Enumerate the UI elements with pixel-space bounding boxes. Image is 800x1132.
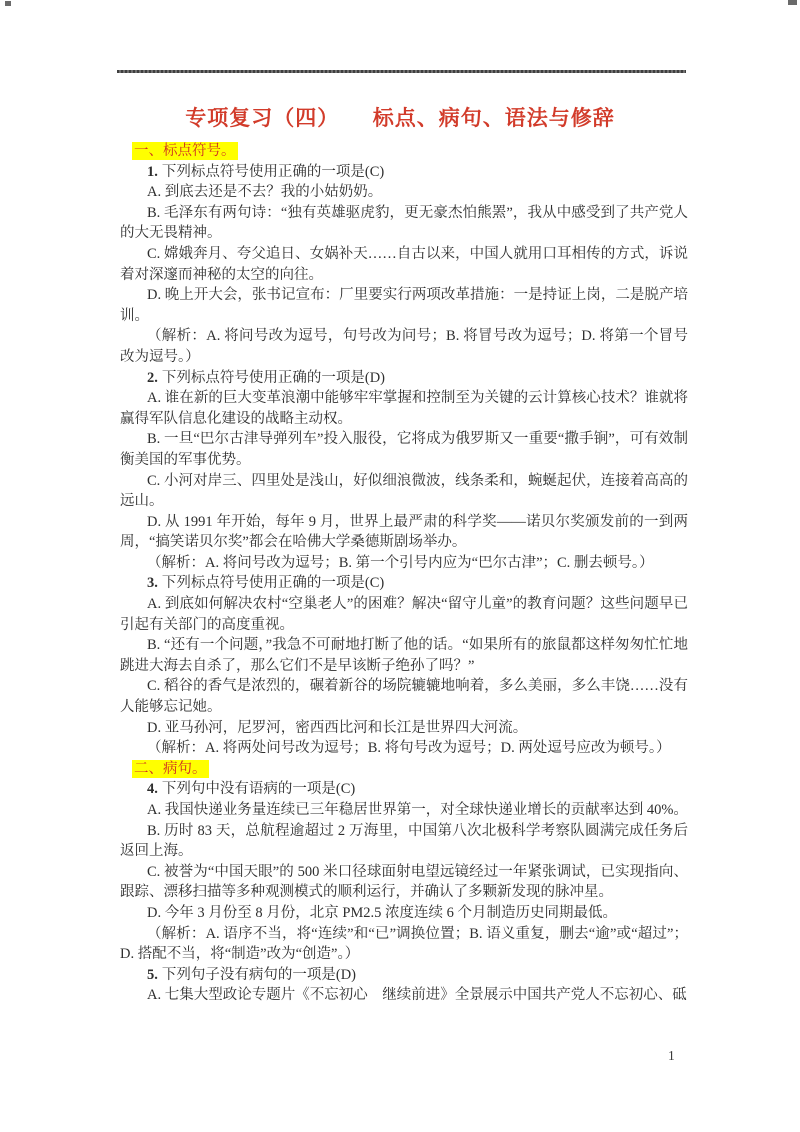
q2-lead-text: 下列标点符号使用正确的一项是(D) (162, 370, 385, 386)
q2-option-b: B. 一旦“巴尔古津导弹列车”投入服役，它将成为俄罗斯又一重要“撒手锏”，可有效… (120, 429, 688, 470)
q2-lead: 2.下列标点符号使用正确的一项是(D) (120, 368, 688, 389)
q2-number: 2. (147, 370, 158, 386)
q3-option-d: D. 亚马孙河，尼罗河，密西西比河和长江是世界四大河流。 (120, 718, 688, 739)
q5-lead-text: 下列句子没有病句的一项是(D) (162, 967, 356, 983)
page-title-part1: 专项复习（四） (185, 106, 339, 130)
section-heading-punctuation: 一、标点符号。 (120, 141, 688, 162)
q4-option-a: A. 我国快递业务量连续已三年稳居世界第一，对全球快递业增长的贡献率达到 40%… (120, 800, 688, 821)
q4-option-b: B. 历时 83 天，总航程逾超过 2 万海里，中国第八次北极科学考察队圆满完成… (120, 821, 688, 862)
q3-option-c: C. 稻谷的香气是浓烈的，碾着新谷的场院辘辘地响着，多么美丽，多么丰饶……没有人… (120, 676, 688, 717)
q1-option-a: A. 到底去还是不去？我的小姑奶奶。 (120, 182, 688, 203)
q5-number: 5. (147, 967, 158, 983)
page-number: 1 (668, 1048, 675, 1064)
q4-lead-text: 下列句中没有语病的一项是(C) (162, 781, 355, 797)
q3-option-a: A. 到底如何解决农村“空巢老人”的困难？解决“留守儿童”的教育问题？这些问题早… (120, 594, 688, 635)
document-body: 一、标点符号。 1.下列标点符号使用正确的一项是(C) A. 到底去还是不去？我… (120, 141, 688, 1006)
q1-option-d: D. 晚上开大会，张书记宣布：厂里要实行两项改革措施：一是持证上岗，二是脱产培训… (120, 285, 688, 326)
q1-lead-text: 下列标点符号使用正确的一项是(C) (162, 164, 384, 180)
q1-option-b: B. 毛泽东有两句诗：“独有英雄驱虎豹，更无豪杰怕熊罴”，我从中感受到了共产党人… (120, 203, 688, 244)
q5-lead: 5.下列句子没有病句的一项是(D) (120, 965, 688, 986)
q4-option-d: D. 今年 3 月份至 8 月份，北京 PM2.5 浓度连续 6 个月制造历史同… (120, 903, 688, 924)
q3-analysis: （解析：A. 将两处问号改为逗号；B. 将句号改为逗号；D. 两处逗号应改为顿号… (120, 738, 688, 759)
q4-lead: 4.下列句中没有语病的一项是(C) (120, 779, 688, 800)
q2-option-d: D. 从 1991 年开始，每年 9 月，世界上最严肃的科学奖——诺贝尔奖颁发前… (120, 512, 688, 553)
q2-option-a: A. 谁在新的巨大变革浪潮中能够牢牢掌握和控制至为关键的云计算核心技术？谁就将赢… (120, 388, 688, 429)
q3-option-b: B. “还有一个问题，”我急不可耐地打断了他的话。“如果所有的旅鼠都这样匆匆忙忙… (120, 635, 688, 676)
q3-lead-text: 下列标点符号使用正确的一项是(C) (162, 575, 384, 591)
q2-analysis: （解析：A. 将问号改为逗号；B. 第一个引号内应为“巴尔古津”；C. 删去顿号… (120, 553, 688, 574)
q4-number: 4. (147, 781, 158, 797)
q1-analysis: （解析：A. 将问号改为逗号，句号改为问号；B. 将冒号改为逗号；D. 将第一个… (120, 326, 688, 367)
q1-option-c: C. 嫦娥奔月、夸父追日、女娲补天……自古以来，中国人就用口耳相传的方式，诉说着… (120, 244, 688, 285)
page-title-part2: 标点、病句、语法与修辞 (373, 106, 615, 130)
q3-number: 3. (147, 575, 158, 591)
q3-lead: 3.下列标点符号使用正确的一项是(C) (120, 573, 688, 594)
q5-option-a: A. 七集大型政论专题片《不忘初心 继续前进》全景展示中国共产党人不忘初心、砥 (120, 985, 688, 1006)
document-page: 专项复习（四）标点、病句、语法与修辞 一、标点符号。 1.下列标点符号使用正确的… (0, 0, 800, 1132)
page-title: 专项复习（四）标点、病句、语法与修辞 (0, 102, 800, 132)
section-heading-sick-sentences: 二、病句。 (120, 759, 688, 780)
q4-option-c: C. 被誉为“中国天眼”的 500 米口径球面射电望远镜经过一年紧张调试，已实现… (120, 862, 688, 903)
section-heading-label: 一、标点符号。 (132, 142, 238, 160)
q1-number: 1. (147, 164, 158, 180)
section-heading-label: 二、病句。 (132, 760, 209, 778)
scan-artifact (788, 0, 797, 5)
header-rule (117, 70, 686, 73)
q2-option-c: C. 小河对岸三、四里处是浅山，好似细浪微波，线条柔和，蜿蜒起伏，连接着高高的远… (120, 471, 688, 512)
q4-analysis: （解析：A. 语序不当，将“连续”和“已”调换位置；B. 语义重复，删去“逾”或… (120, 924, 688, 965)
q1-lead: 1.下列标点符号使用正确的一项是(C) (120, 162, 688, 183)
scan-artifact (5, 1, 11, 6)
